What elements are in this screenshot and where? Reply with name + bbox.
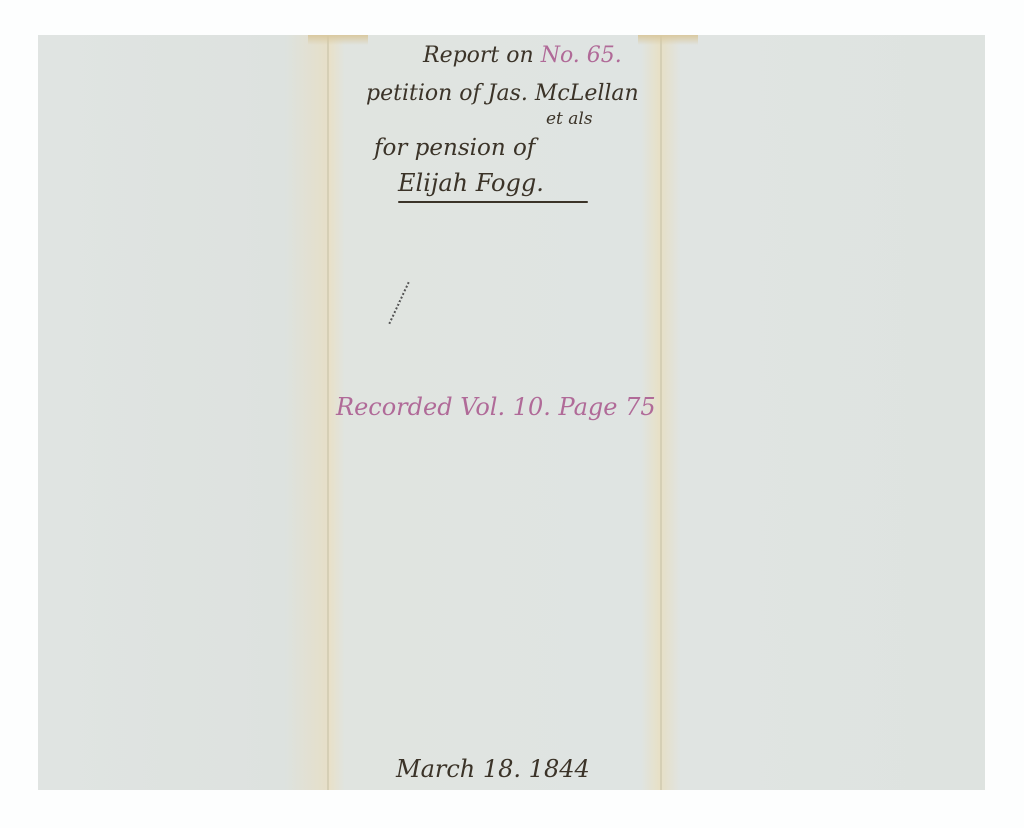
name-underline xyxy=(398,201,588,203)
stain xyxy=(308,35,368,45)
recorded-note: Recorded Vol. 10. Page 75 xyxy=(336,393,656,421)
petitioner-name: Elijah Fogg. xyxy=(398,169,544,197)
left-fold-panel xyxy=(38,35,328,790)
header-line-1: Report on No. 65. xyxy=(423,43,622,68)
header-line-3: et als xyxy=(546,109,593,129)
header-line-2: petition of Jas. McLellan xyxy=(366,81,639,106)
header-line-4: for pension of xyxy=(374,135,535,161)
stain xyxy=(638,35,698,45)
document-date: March 18. 1844 xyxy=(396,755,590,783)
right-fold-panel xyxy=(661,35,985,790)
fold-line-right xyxy=(660,35,662,790)
document-page: Report on No. 65. petition of Jas. McLel… xyxy=(38,35,985,790)
fold-line-left xyxy=(327,35,329,790)
report-number: No. 65. xyxy=(541,43,622,68)
report-on-text: Report on xyxy=(423,43,534,68)
